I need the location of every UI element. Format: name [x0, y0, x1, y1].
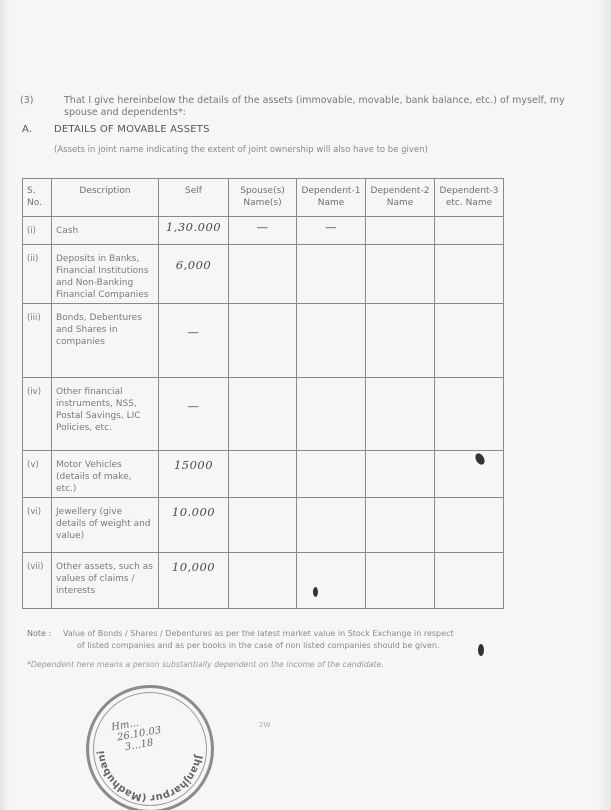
- cell-self: 1,30.000: [159, 217, 229, 245]
- cell-sno: (ii): [23, 245, 52, 304]
- cell-dependent-2: [366, 217, 435, 245]
- section-subtitle: (Assets in joint name indicating the ext…: [54, 145, 428, 155]
- header-description: Description: [52, 179, 159, 217]
- header-dependent-2: Dependent-2 Name: [366, 179, 435, 217]
- table-row: (iii)Bonds, Debentures and Shares in com…: [23, 304, 504, 378]
- table-header-row: S. No. Description Self Spouse(s) Name(s…: [23, 179, 504, 217]
- cell-dependent-1: [297, 553, 366, 609]
- header-dependent-1: Dependent-1 Name: [297, 179, 366, 217]
- cell-self: 10,000: [159, 553, 229, 609]
- note-label: Note :: [27, 628, 51, 640]
- cell-dependent-3: [435, 304, 504, 378]
- scan-edge-shadow: [0, 0, 10, 810]
- cell-dependent-3: [435, 378, 504, 451]
- header-dependent-3: Dependent-3 etc. Name: [435, 179, 504, 217]
- table-row: (iv)Other financial instruments, NSS, Po…: [23, 378, 504, 451]
- cell-sno: (i): [23, 217, 52, 245]
- cell-self: —: [159, 304, 229, 378]
- cell-dependent-3: [435, 245, 504, 304]
- header-spouse: Spouse(s) Name(s): [229, 179, 297, 217]
- cell-sno: (iii): [23, 304, 52, 378]
- cell-dependent-3: [435, 451, 504, 498]
- cell-self: —: [159, 378, 229, 451]
- cell-sno: (iv): [23, 378, 52, 451]
- table-row: (i)Cash1,30.000——: [23, 217, 504, 245]
- scan-edge-shadow: [597, 0, 611, 810]
- section-title: DETAILS OF MOVABLE ASSETS: [54, 124, 210, 135]
- cell-description: Other assets, such as values of claims /…: [52, 553, 159, 609]
- cell-self: 15000: [159, 451, 229, 498]
- header-self: Self: [159, 179, 229, 217]
- cell-self: 6,000: [159, 245, 229, 304]
- cell-dependent-1: [297, 498, 366, 553]
- cell-spouse: [229, 304, 297, 378]
- cell-sno: (v): [23, 451, 52, 498]
- note-line-2: of listed companies and as per books in …: [77, 640, 440, 652]
- cell-sno: (vii): [23, 553, 52, 609]
- cell-description: Bonds, Debentures and Shares in companie…: [52, 304, 159, 378]
- header-sno: S. No.: [23, 179, 52, 217]
- cell-spouse: —: [229, 217, 297, 245]
- cell-spouse: [229, 498, 297, 553]
- cell-description: Cash: [52, 217, 159, 245]
- section-letter: A.: [22, 124, 32, 135]
- cell-spouse: [229, 245, 297, 304]
- cell-spouse: [229, 553, 297, 609]
- cell-dependent-3: [435, 217, 504, 245]
- cell-description: Deposits in Banks, Financial Institution…: [52, 245, 159, 304]
- note-line-1: Value of Bonds / Shares / Debentures as …: [63, 628, 454, 640]
- dependent-footnote: *Dependent here means a person substanti…: [27, 660, 384, 669]
- cell-dependent-2: [366, 451, 435, 498]
- cell-dependent-2: [366, 553, 435, 609]
- cell-dependent-3: [435, 553, 504, 609]
- official-seal-stamp: Jhanjharpur (Madhubani) Hm... 26.10.03 3…: [86, 685, 214, 810]
- cell-dependent-1: [297, 245, 366, 304]
- cell-dependent-2: [366, 304, 435, 378]
- cell-spouse: [229, 378, 297, 451]
- cell-sno: (vi): [23, 498, 52, 553]
- cell-dependent-2: [366, 498, 435, 553]
- table-row: (vii)Other assets, such as values of cla…: [23, 553, 504, 609]
- cell-dependent-1: [297, 378, 366, 451]
- table-row: (ii)Deposits in Banks, Financial Institu…: [23, 245, 504, 304]
- paragraph-text: That I give hereinbelow the details of t…: [64, 95, 574, 119]
- table-row: (vi)Jewellery (give details of weight an…: [23, 498, 504, 553]
- cell-dependent-1: [297, 304, 366, 378]
- cell-description: Motor Vehicles (details of make, etc.): [52, 451, 159, 498]
- ink-blot: [478, 644, 484, 656]
- cell-dependent-2: [366, 378, 435, 451]
- cell-description: Jewellery (give details of weight and va…: [52, 498, 159, 553]
- cell-self: 10.000: [159, 498, 229, 553]
- cell-spouse: [229, 451, 297, 498]
- ink-blot: [313, 587, 318, 597]
- cell-dependent-3: [435, 498, 504, 553]
- page-number: 2W: [259, 721, 270, 729]
- cell-dependent-2: [366, 245, 435, 304]
- cell-description: Other financial instruments, NSS, Postal…: [52, 378, 159, 451]
- table-row: (v)Motor Vehicles (details of make, etc.…: [23, 451, 504, 498]
- cell-dependent-1: [297, 451, 366, 498]
- movable-assets-table: S. No. Description Self Spouse(s) Name(s…: [22, 178, 504, 609]
- paragraph-number: (3): [20, 95, 33, 107]
- cell-dependent-1: —: [297, 217, 366, 245]
